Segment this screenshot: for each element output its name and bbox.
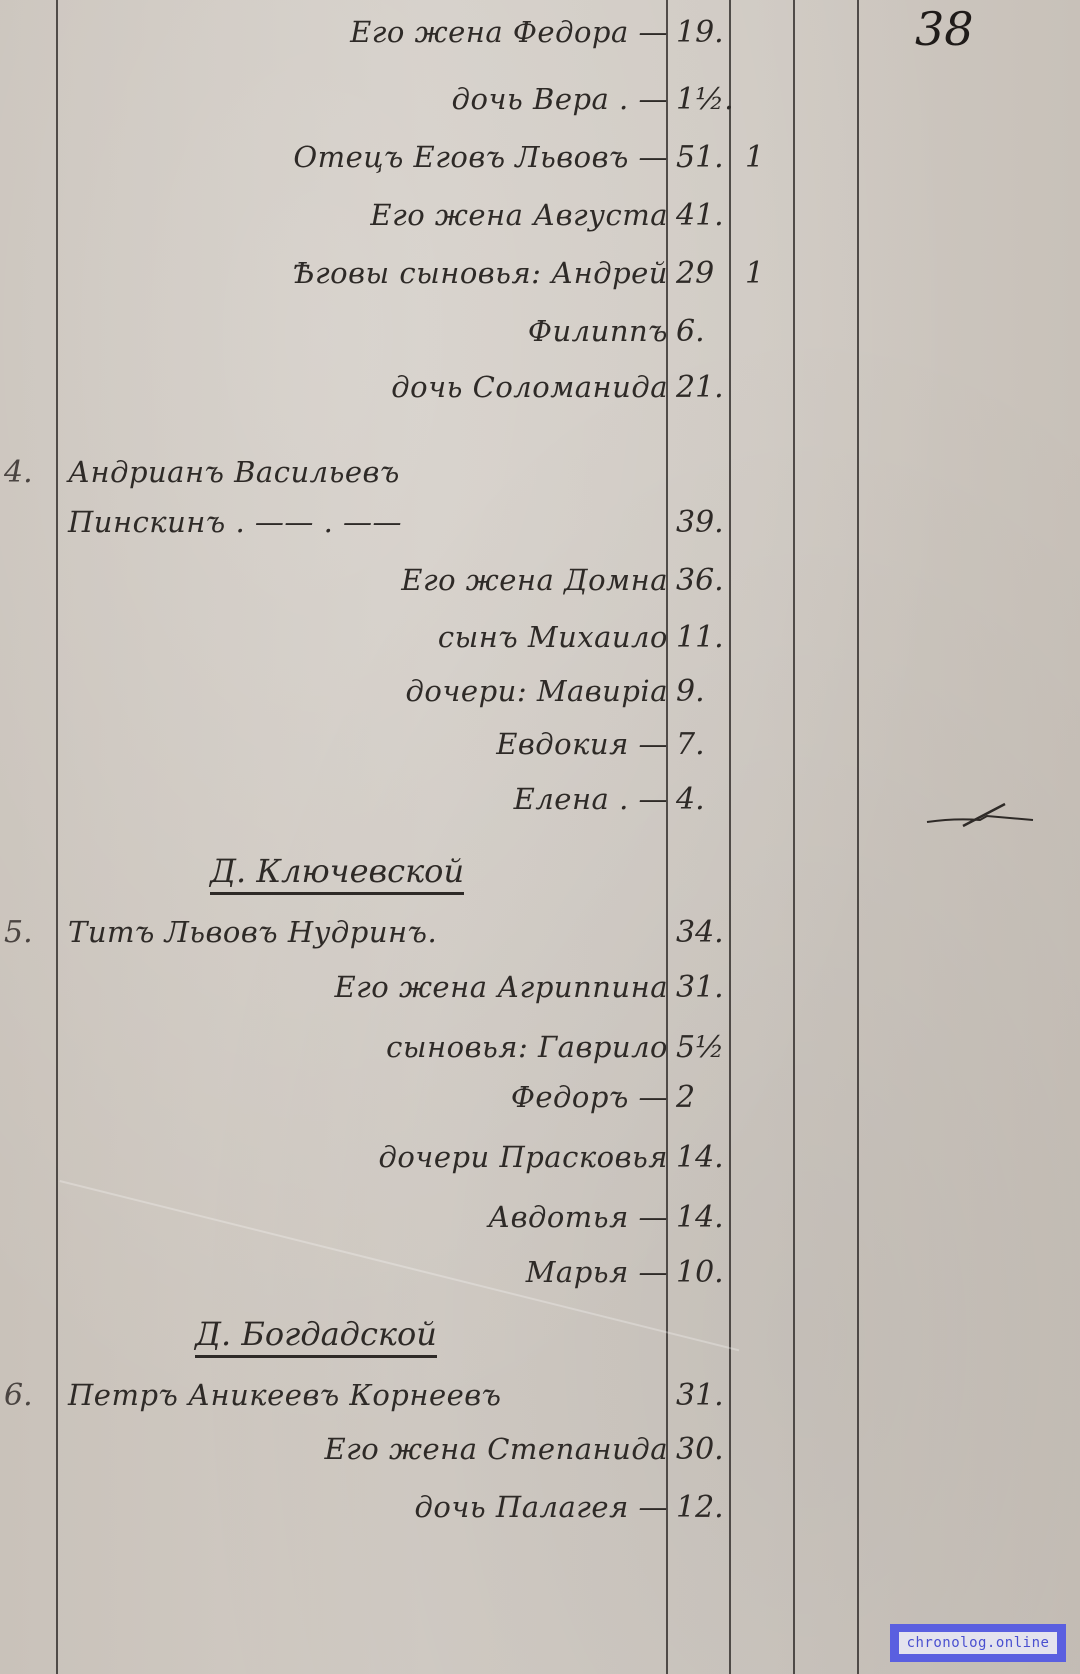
entry-age: 29: [676, 256, 714, 291]
entry-age: 41.: [676, 198, 724, 233]
member-age: 30.: [676, 1432, 724, 1467]
member-age: 10.: [676, 1255, 724, 1290]
entry-name: дочь Вера . —: [452, 82, 668, 116]
list-item: Ѣговы сыновья: Андрей 29 1: [0, 256, 1080, 312]
entry-age: 21.: [676, 370, 724, 405]
member-name: Авдотья —: [488, 1200, 668, 1234]
head-age: 31.: [676, 1378, 724, 1413]
entry-name: Его жена Федора —: [350, 15, 668, 49]
member-name: дочери: Мавиріа: [406, 674, 668, 708]
member-age: 36.: [676, 563, 724, 598]
entry-age: 51.: [676, 140, 724, 175]
household-head: 5. Титъ Львовъ Нудринъ. 34.: [0, 915, 1080, 971]
list-item: дочери Прасковья 14.: [0, 1140, 1080, 1196]
list-item: Елена . — 4.: [0, 782, 1080, 838]
entry-age: 19.: [676, 15, 724, 50]
member-name: сынъ Михаило: [438, 620, 668, 654]
head-age: 39.: [676, 505, 724, 540]
member-age: 14.: [676, 1200, 724, 1235]
member-name: Марья —: [526, 1255, 668, 1289]
household-number: 5.: [4, 915, 33, 950]
list-item: сынъ Михаило 11.: [0, 620, 1080, 676]
household-head: Пинскинъ . —— . —— 39.: [0, 505, 1080, 561]
list-item: Марья — 10.: [0, 1255, 1080, 1311]
member-name: Евдокия —: [496, 727, 668, 761]
list-item: Филиппъ 6.: [0, 314, 1080, 370]
margin-signature-mark: [925, 800, 1035, 830]
head-age: 34.: [676, 915, 724, 950]
entry-name: дочь Соломанида: [391, 370, 668, 404]
entry-name: Ѣговы сыновья: Андрей: [292, 256, 668, 290]
list-item: дочь Палагея — 12.: [0, 1490, 1080, 1546]
list-item: Его жена Степанида 30.: [0, 1432, 1080, 1488]
member-name: Елена . —: [514, 782, 668, 816]
member-name: сыновья: Гаврило: [386, 1030, 668, 1064]
section-heading: Д. Богдадской: [195, 1315, 437, 1358]
list-item: Его жена Агриппина 31.: [0, 970, 1080, 1026]
watermark-badge: chronolog.online: [890, 1624, 1066, 1662]
list-item: сыновья: Гаврило 5½: [0, 1030, 1080, 1086]
member-name: дочери Прасковья: [378, 1140, 668, 1174]
entry-name: Филиппъ: [528, 314, 668, 348]
list-item: дочь Соломанида 21.: [0, 370, 1080, 426]
member-age: 14.: [676, 1140, 724, 1175]
list-item: Авдотья — 14.: [0, 1200, 1080, 1256]
member-age: 12.: [676, 1490, 724, 1525]
member-name: Его жена Домна: [401, 563, 668, 597]
member-age: 11.: [676, 620, 724, 655]
member-age: 31.: [676, 970, 724, 1005]
head-name-line2: Пинскинъ . —— . ——: [68, 505, 402, 539]
household-head: 6. Петръ Аникеевъ Корнеевъ 31.: [0, 1378, 1080, 1434]
head-name-line1: Андрианъ Васильевъ: [68, 455, 400, 489]
list-item: дочь Вера . — 1½.: [0, 82, 1080, 138]
member-name: дочь Палагея —: [415, 1490, 668, 1524]
member-age: 2: [676, 1080, 695, 1115]
entry-mark: 1: [745, 140, 764, 175]
list-item: Его жена Августа 41.: [0, 198, 1080, 254]
household-number: 4.: [4, 455, 33, 490]
entry-age: 1½.: [676, 82, 734, 117]
head-name: Петръ Аникеевъ Корнеевъ: [68, 1378, 501, 1412]
member-name: Его жена Агриппина: [334, 970, 668, 1004]
list-item: дочери: Мавиріа 9.: [0, 674, 1080, 730]
list-item: Федоръ — 2: [0, 1080, 1080, 1136]
section-heading: Д. Ключевской: [210, 852, 464, 895]
member-name: Федоръ —: [511, 1080, 668, 1114]
household-head: 4. Андрианъ Васильевъ: [0, 455, 1080, 511]
member-age: 7.: [676, 727, 705, 762]
member-age: 9.: [676, 674, 705, 709]
entry-name: Его жена Августа: [370, 198, 668, 232]
list-item: Его жена Федора — 19.: [0, 15, 1080, 71]
member-age: 5½: [676, 1030, 724, 1065]
watermark-text: chronolog.online: [899, 1632, 1058, 1654]
list-item: Евдокия — 7.: [0, 727, 1080, 783]
head-name: Титъ Львовъ Нудринъ.: [68, 915, 437, 949]
entry-name: Отецъ Еговъ Львовъ —: [293, 140, 668, 174]
member-age: 4.: [676, 782, 705, 817]
household-number: 6.: [4, 1378, 33, 1413]
entry-mark: 1: [745, 256, 764, 291]
list-item: Отецъ Еговъ Львовъ — 51. 1: [0, 140, 1080, 196]
list-item: Его жена Домна 36.: [0, 563, 1080, 619]
entry-age: 6.: [676, 314, 705, 349]
member-name: Его жена Степанида: [324, 1432, 668, 1466]
